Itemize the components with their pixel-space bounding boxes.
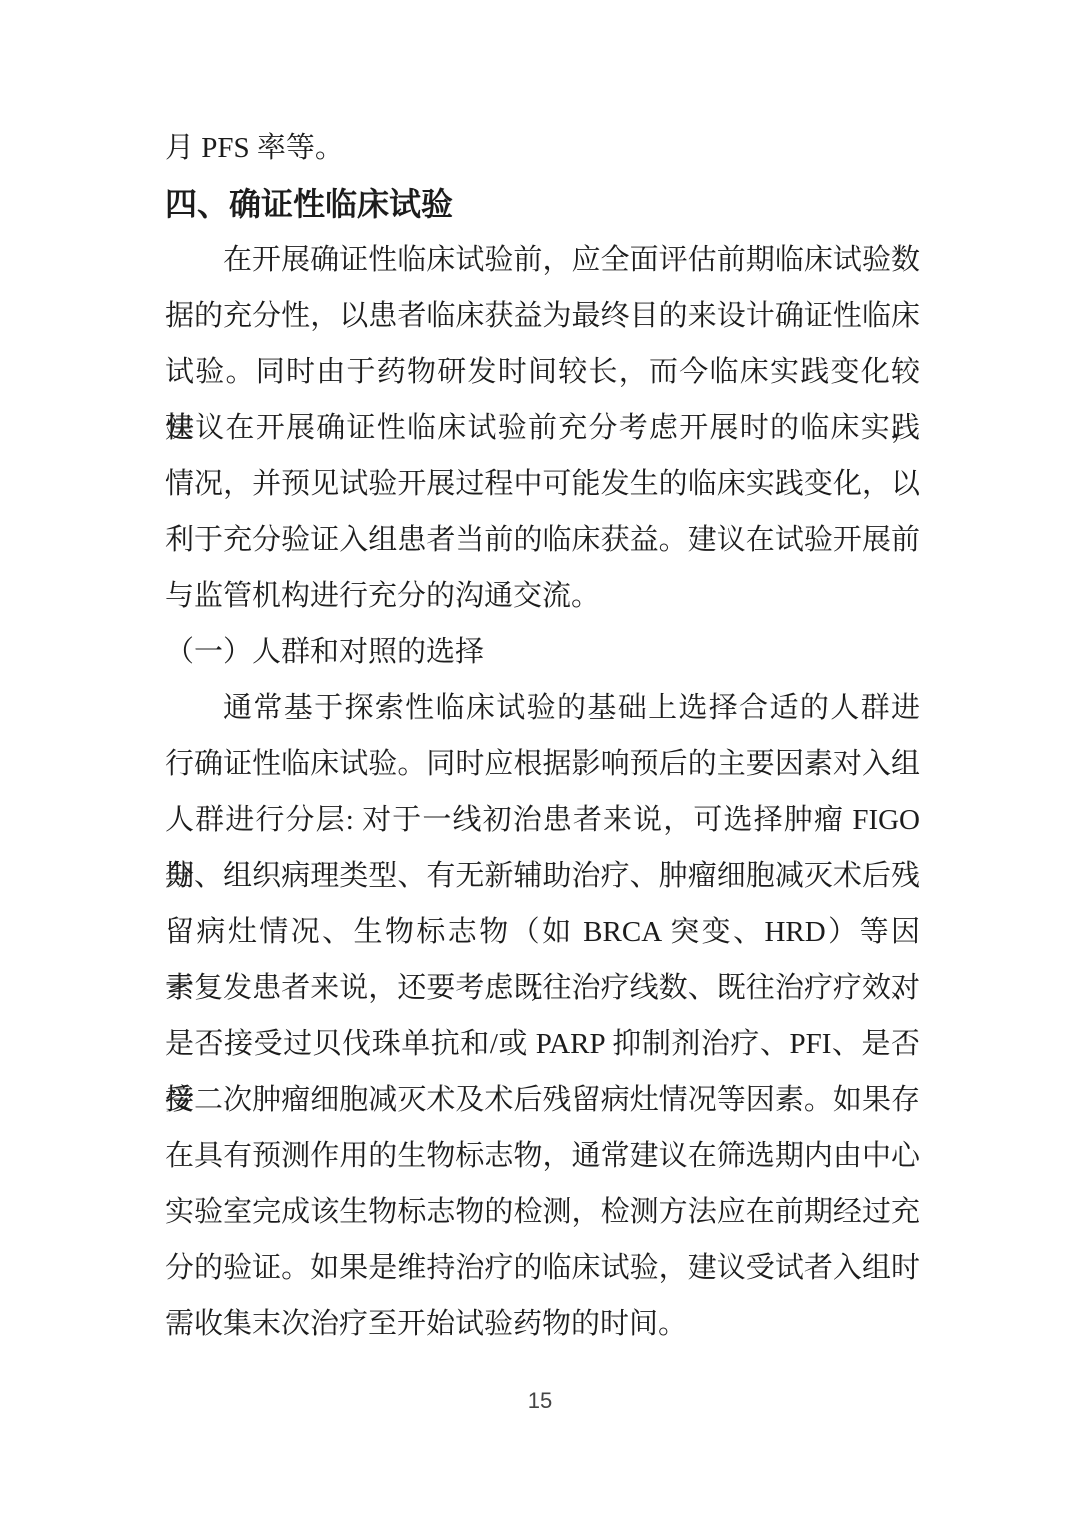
paragraph-2-line: 需收集末次治疗至开始试验药物的时间。 — [165, 1296, 920, 1352]
paragraph-1-line: 与监管机构进行充分的沟通交流。 — [165, 568, 920, 624]
paragraph-1-line: 试验。同时由于药物研发时间较长，而今临床实践变化较快， — [165, 344, 920, 400]
page-body: 月 PFS 率等。 四、确证性临床试验 在开展确证性临床试验前，应全面评估前期临… — [165, 120, 920, 1352]
paragraph-2-line: 行确证性临床试验。同时应根据影响预后的主要因素对入组 — [165, 736, 920, 792]
paragraph-2-line: 分的验证。如果是维持治疗的临床试验，建议受试者入组时 — [165, 1240, 920, 1296]
subsection-heading: （一）人群和对照的选择 — [165, 624, 920, 680]
paragraph-1-line: 建议在开展确证性临床试验前充分考虑开展时的临床实践 — [165, 400, 920, 456]
document-page: 月 PFS 率等。 四、确证性临床试验 在开展确证性临床试验前，应全面评估前期临… — [0, 0, 1080, 1527]
paragraph-2-line: 留病灶情况、生物标志物（如 BRCA 突变、HRD）等因素；对 — [165, 904, 920, 960]
paragraph-2-line: 受二次肿瘤细胞减灭术及术后残留病灶情况等因素。如果存 — [165, 1072, 920, 1128]
paragraph-2-line: 通常基于探索性临床试验的基础上选择合适的人群进 — [165, 680, 920, 736]
paragraph-2-line: 于复发患者来说，还要考虑既往治疗线数、既往治疗疗效、 — [165, 960, 920, 1016]
paragraph-2-line: 实验室完成该生物标志物的检测，检测方法应在前期经过充 — [165, 1184, 920, 1240]
paragraph-2-line: 是否接受过贝伐珠单抗和/或 PARP 抑制剂治疗、PFI、是否接 — [165, 1016, 920, 1072]
paragraph-1-line: 据的充分性，以患者临床获益为最终目的来设计确证性临床 — [165, 288, 920, 344]
paragraph-1-line: 情况，并预见试验开展过程中可能发生的临床实践变化，以 — [165, 456, 920, 512]
paragraph-2-line: 在具有预测作用的生物标志物，通常建议在筛选期内由中心 — [165, 1128, 920, 1184]
carryover-paragraph-line: 月 PFS 率等。 — [165, 120, 920, 176]
section-heading: 四、确证性临床试验 — [165, 176, 920, 232]
page-footer: 15 — [0, 1388, 1080, 1414]
page-number: 15 — [528, 1388, 552, 1413]
paragraph-2-line: 期、组织病理类型、有无新辅助治疗、肿瘤细胞减灭术后残 — [165, 848, 920, 904]
paragraph-1-line: 利于充分验证入组患者当前的临床获益。建议在试验开展前 — [165, 512, 920, 568]
paragraph-2-line: 人群进行分层: 对于一线初治患者来说，可选择肿瘤 FIGO 分 — [165, 792, 920, 848]
paragraph-1-line: 在开展确证性临床试验前，应全面评估前期临床试验数 — [165, 232, 920, 288]
